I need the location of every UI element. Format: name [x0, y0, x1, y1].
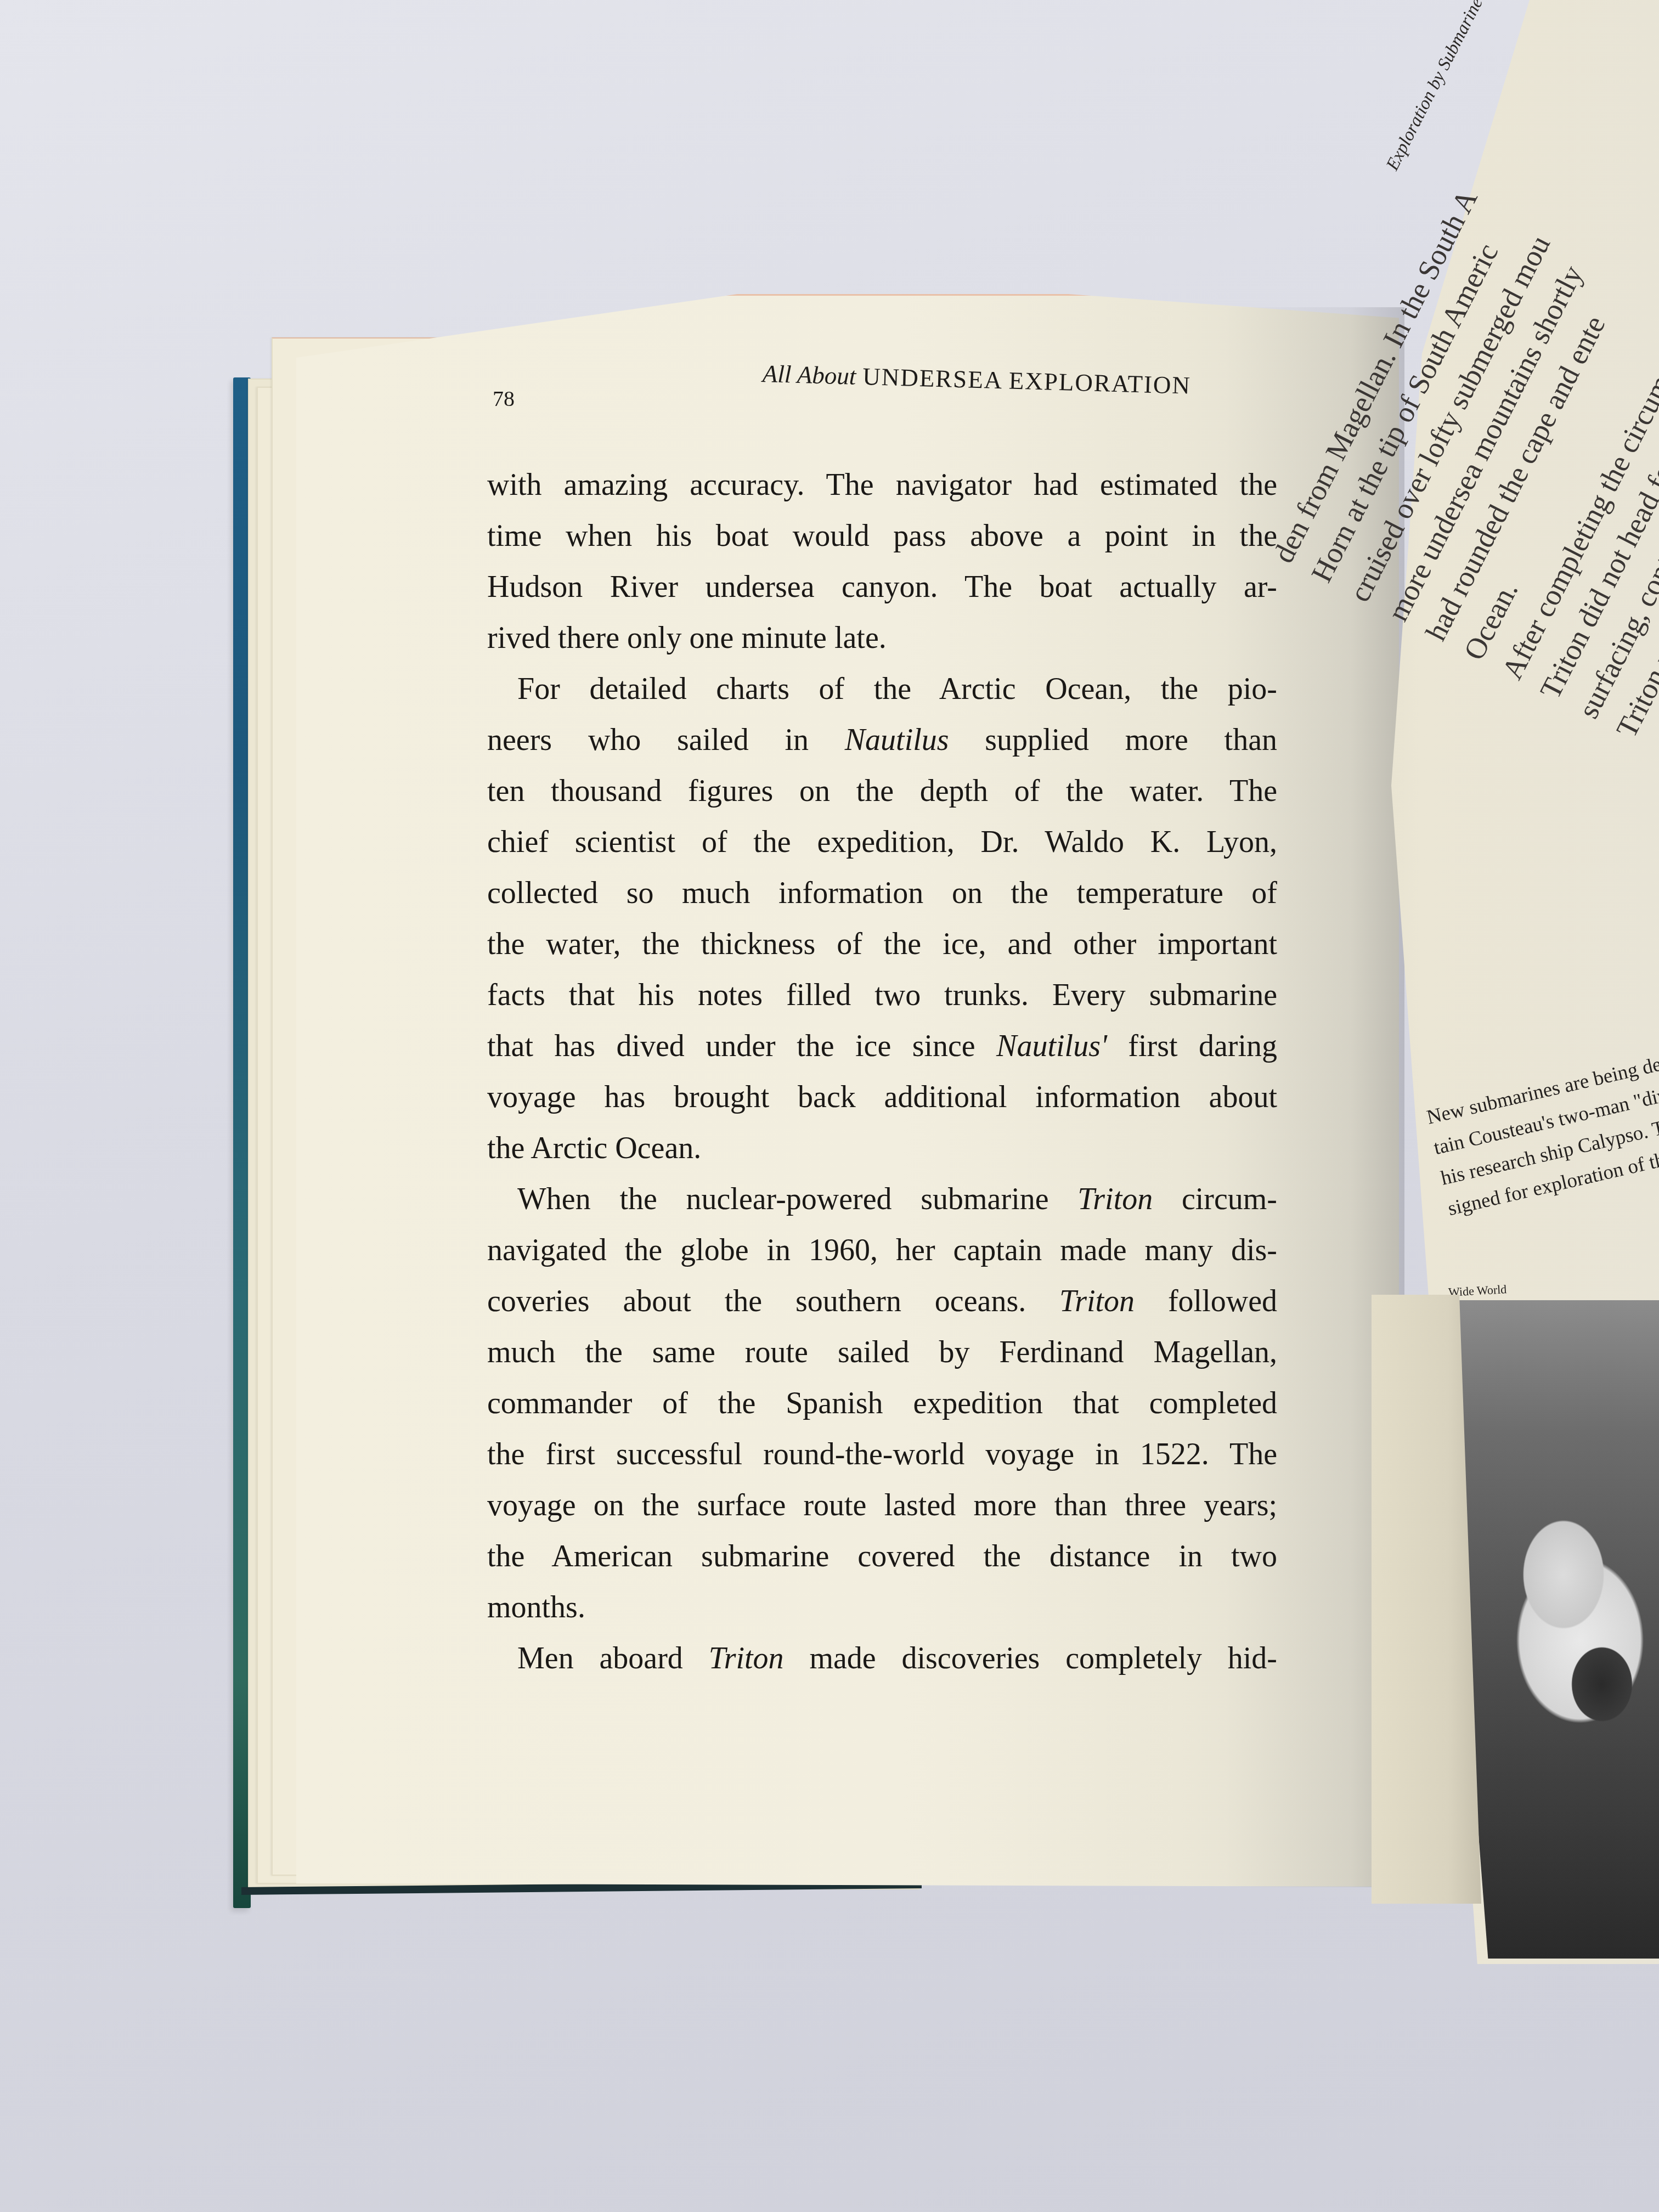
body-line: the first successful round-the-world voy…: [487, 1429, 1277, 1480]
body-line: Men aboard Triton made discoveries compl…: [487, 1633, 1277, 1684]
body-line: collected so much information on the tem…: [487, 868, 1277, 919]
body-line: rived there only one minute late.: [487, 613, 1277, 664]
body-line: When the nuclear-powered submarine Trito…: [487, 1174, 1277, 1225]
body-line: time when his boat would pass above a po…: [487, 511, 1277, 562]
body-line: months.: [487, 1582, 1277, 1633]
vessel-name: Triton: [709, 1641, 784, 1675]
body-line: commander of the Spanish expedition that…: [487, 1378, 1277, 1429]
body-text: with amazing accuracy. The navigator had…: [487, 460, 1277, 1684]
body-line: voyage has brought back additional infor…: [487, 1072, 1277, 1123]
body-line: much the same route sailed by Ferdinand …: [487, 1327, 1277, 1378]
vessel-name: Triton: [1059, 1284, 1135, 1318]
vessel-name: Nautilus': [996, 1029, 1107, 1063]
vessel-name: Triton: [1077, 1182, 1153, 1216]
body-line: navigated the globe in 1960, her captain…: [487, 1225, 1277, 1276]
body-line: the water, the thickness of the ice, and…: [487, 919, 1277, 970]
body-line: ten thousand figures on the depth of the…: [487, 766, 1277, 817]
body-line: with amazing accuracy. The navigator had…: [487, 460, 1277, 511]
facing-running-head: Exploration by Submarine: [1383, 0, 1487, 174]
running-head-italic: All About: [762, 360, 856, 390]
body-line: voyage on the surface route lasted more …: [487, 1480, 1277, 1531]
body-line: Hudson River undersea canyon. The boat a…: [487, 562, 1277, 613]
vessel-name: Nautilus: [845, 723, 949, 757]
body-line: chief scientist of the expedition, Dr. W…: [487, 817, 1277, 868]
body-line: that has dived under the ice since Nauti…: [487, 1021, 1277, 1072]
body-line: the American submarine covered the dista…: [487, 1531, 1277, 1582]
body-line: neers who sailed in Nautilus supplied mo…: [487, 715, 1277, 766]
page-number: 78: [493, 386, 515, 411]
body-line: coveries about the southern oceans. Trit…: [487, 1276, 1277, 1327]
body-line: the Arctic Ocean.: [487, 1123, 1277, 1174]
body-line: For detailed charts of the Arctic Ocean,…: [487, 664, 1277, 715]
body-line: facts that his notes filled two trunks. …: [487, 970, 1277, 1021]
